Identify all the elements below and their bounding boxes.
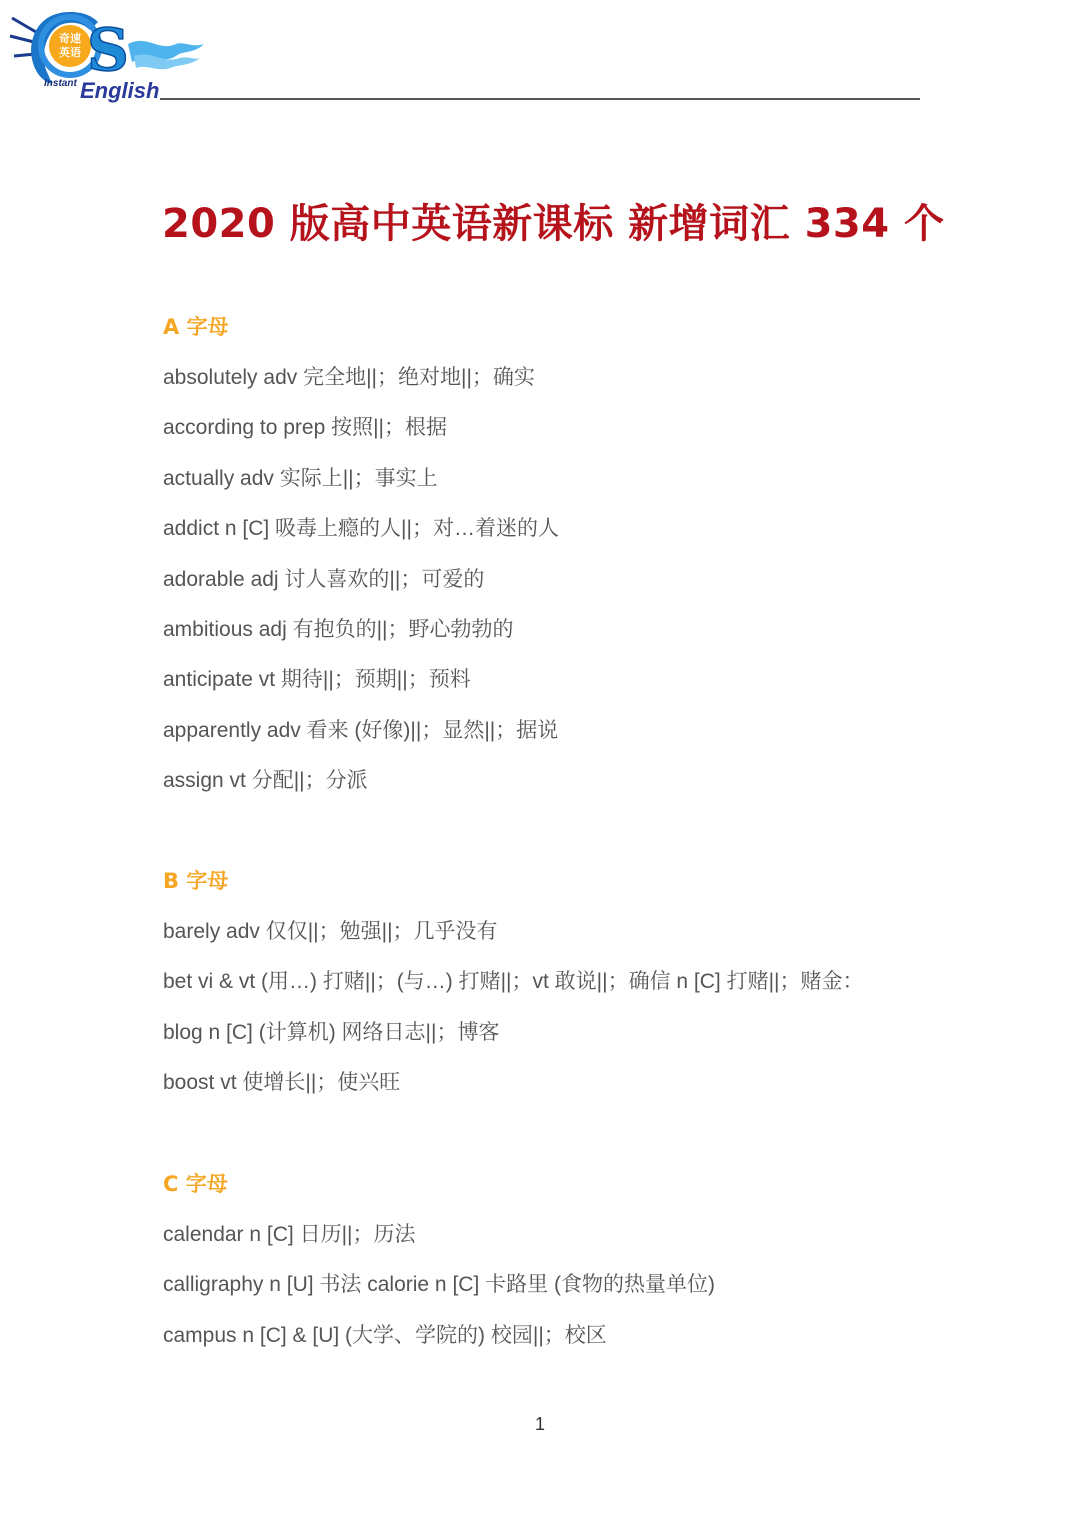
vocabulary-entry: addict n [C] 吸毒上瘾的人||；对…着迷的人 xyxy=(163,514,559,564)
header-divider xyxy=(160,98,920,100)
vocabulary-entry: according to prep 按照||；根据 xyxy=(163,413,559,463)
section-heading: C 字母 xyxy=(163,1169,715,1199)
vocabulary-entry: barely adv 仅仅||；勉强||；几乎没有 xyxy=(163,917,864,967)
svg-text:奇速: 奇速 xyxy=(59,31,81,45)
section-heading: A 字母 xyxy=(163,312,559,342)
vocabulary-entry: apparently adv 看来 (好像)||；显然||；据说 xyxy=(163,716,559,766)
vocabulary-entry: absolutely adv 完全地||；绝对地||；确实 xyxy=(163,363,559,413)
page-number: 1 xyxy=(0,1414,1080,1435)
vocabulary-list: barely adv 仅仅||；勉强||；几乎没有 bet vi & vt (用… xyxy=(163,917,864,1119)
vocabulary-entry: boost vt 使增长||；使兴旺 xyxy=(163,1068,864,1118)
section-letter-a: A 字母 absolutely adv 完全地||；绝对地||；确实 accor… xyxy=(163,312,559,817)
vocabulary-entry: adorable adj 讨人喜欢的||；可爱的 xyxy=(163,565,559,615)
vocabulary-entry: calligraphy n [U] 书法 calorie n [C] 卡路里 (… xyxy=(163,1270,715,1320)
document-title: 2020 版高中英语新课标 新增词汇 334 个 xyxy=(162,192,945,249)
section-heading: B 字母 xyxy=(163,866,864,896)
vocabulary-entry: blog n [C] (计算机) 网络日志||；博客 xyxy=(163,1018,864,1068)
svg-text:S: S xyxy=(87,16,129,84)
svg-text:English: English xyxy=(80,78,159,103)
vocabulary-entry: assign vt 分配||；分派 xyxy=(163,766,559,816)
svg-text:Instant: Instant xyxy=(44,78,77,89)
vocabulary-entry: bet vi & vt (用…) 打赌||；(与…) 打赌||；vt 敢说||；… xyxy=(163,967,864,1017)
vocabulary-entry: calendar n [C] 日历||；历法 xyxy=(163,1220,715,1270)
section-letter-b: B 字母 barely adv 仅仅||；勉强||；几乎没有 bet vi & … xyxy=(163,866,864,1119)
vocabulary-entry: actually adv 实际上||；事实上 xyxy=(163,464,559,514)
vocabulary-list: absolutely adv 完全地||；绝对地||；确实 according … xyxy=(163,363,559,817)
vocabulary-entry: ambitious adj 有抱负的||；野心勃勃的 xyxy=(163,615,559,665)
svg-text:英语: 英语 xyxy=(59,45,81,59)
instant-english-logo: 奇速 英语 S Instant English xyxy=(8,4,208,104)
vocabulary-entry: anticipate vt 期待||；预期||；预料 xyxy=(163,665,559,715)
vocabulary-entry: campus n [C] & [U] (大学、学院的) 校园||；校区 xyxy=(163,1321,715,1371)
logo-graphic-icon: 奇速 英语 S Instant English xyxy=(8,4,208,104)
section-letter-c: C 字母 calendar n [C] 日历||；历法 calligraphy … xyxy=(163,1169,715,1371)
vocabulary-list: calendar n [C] 日历||；历法 calligraphy n [U]… xyxy=(163,1220,715,1371)
